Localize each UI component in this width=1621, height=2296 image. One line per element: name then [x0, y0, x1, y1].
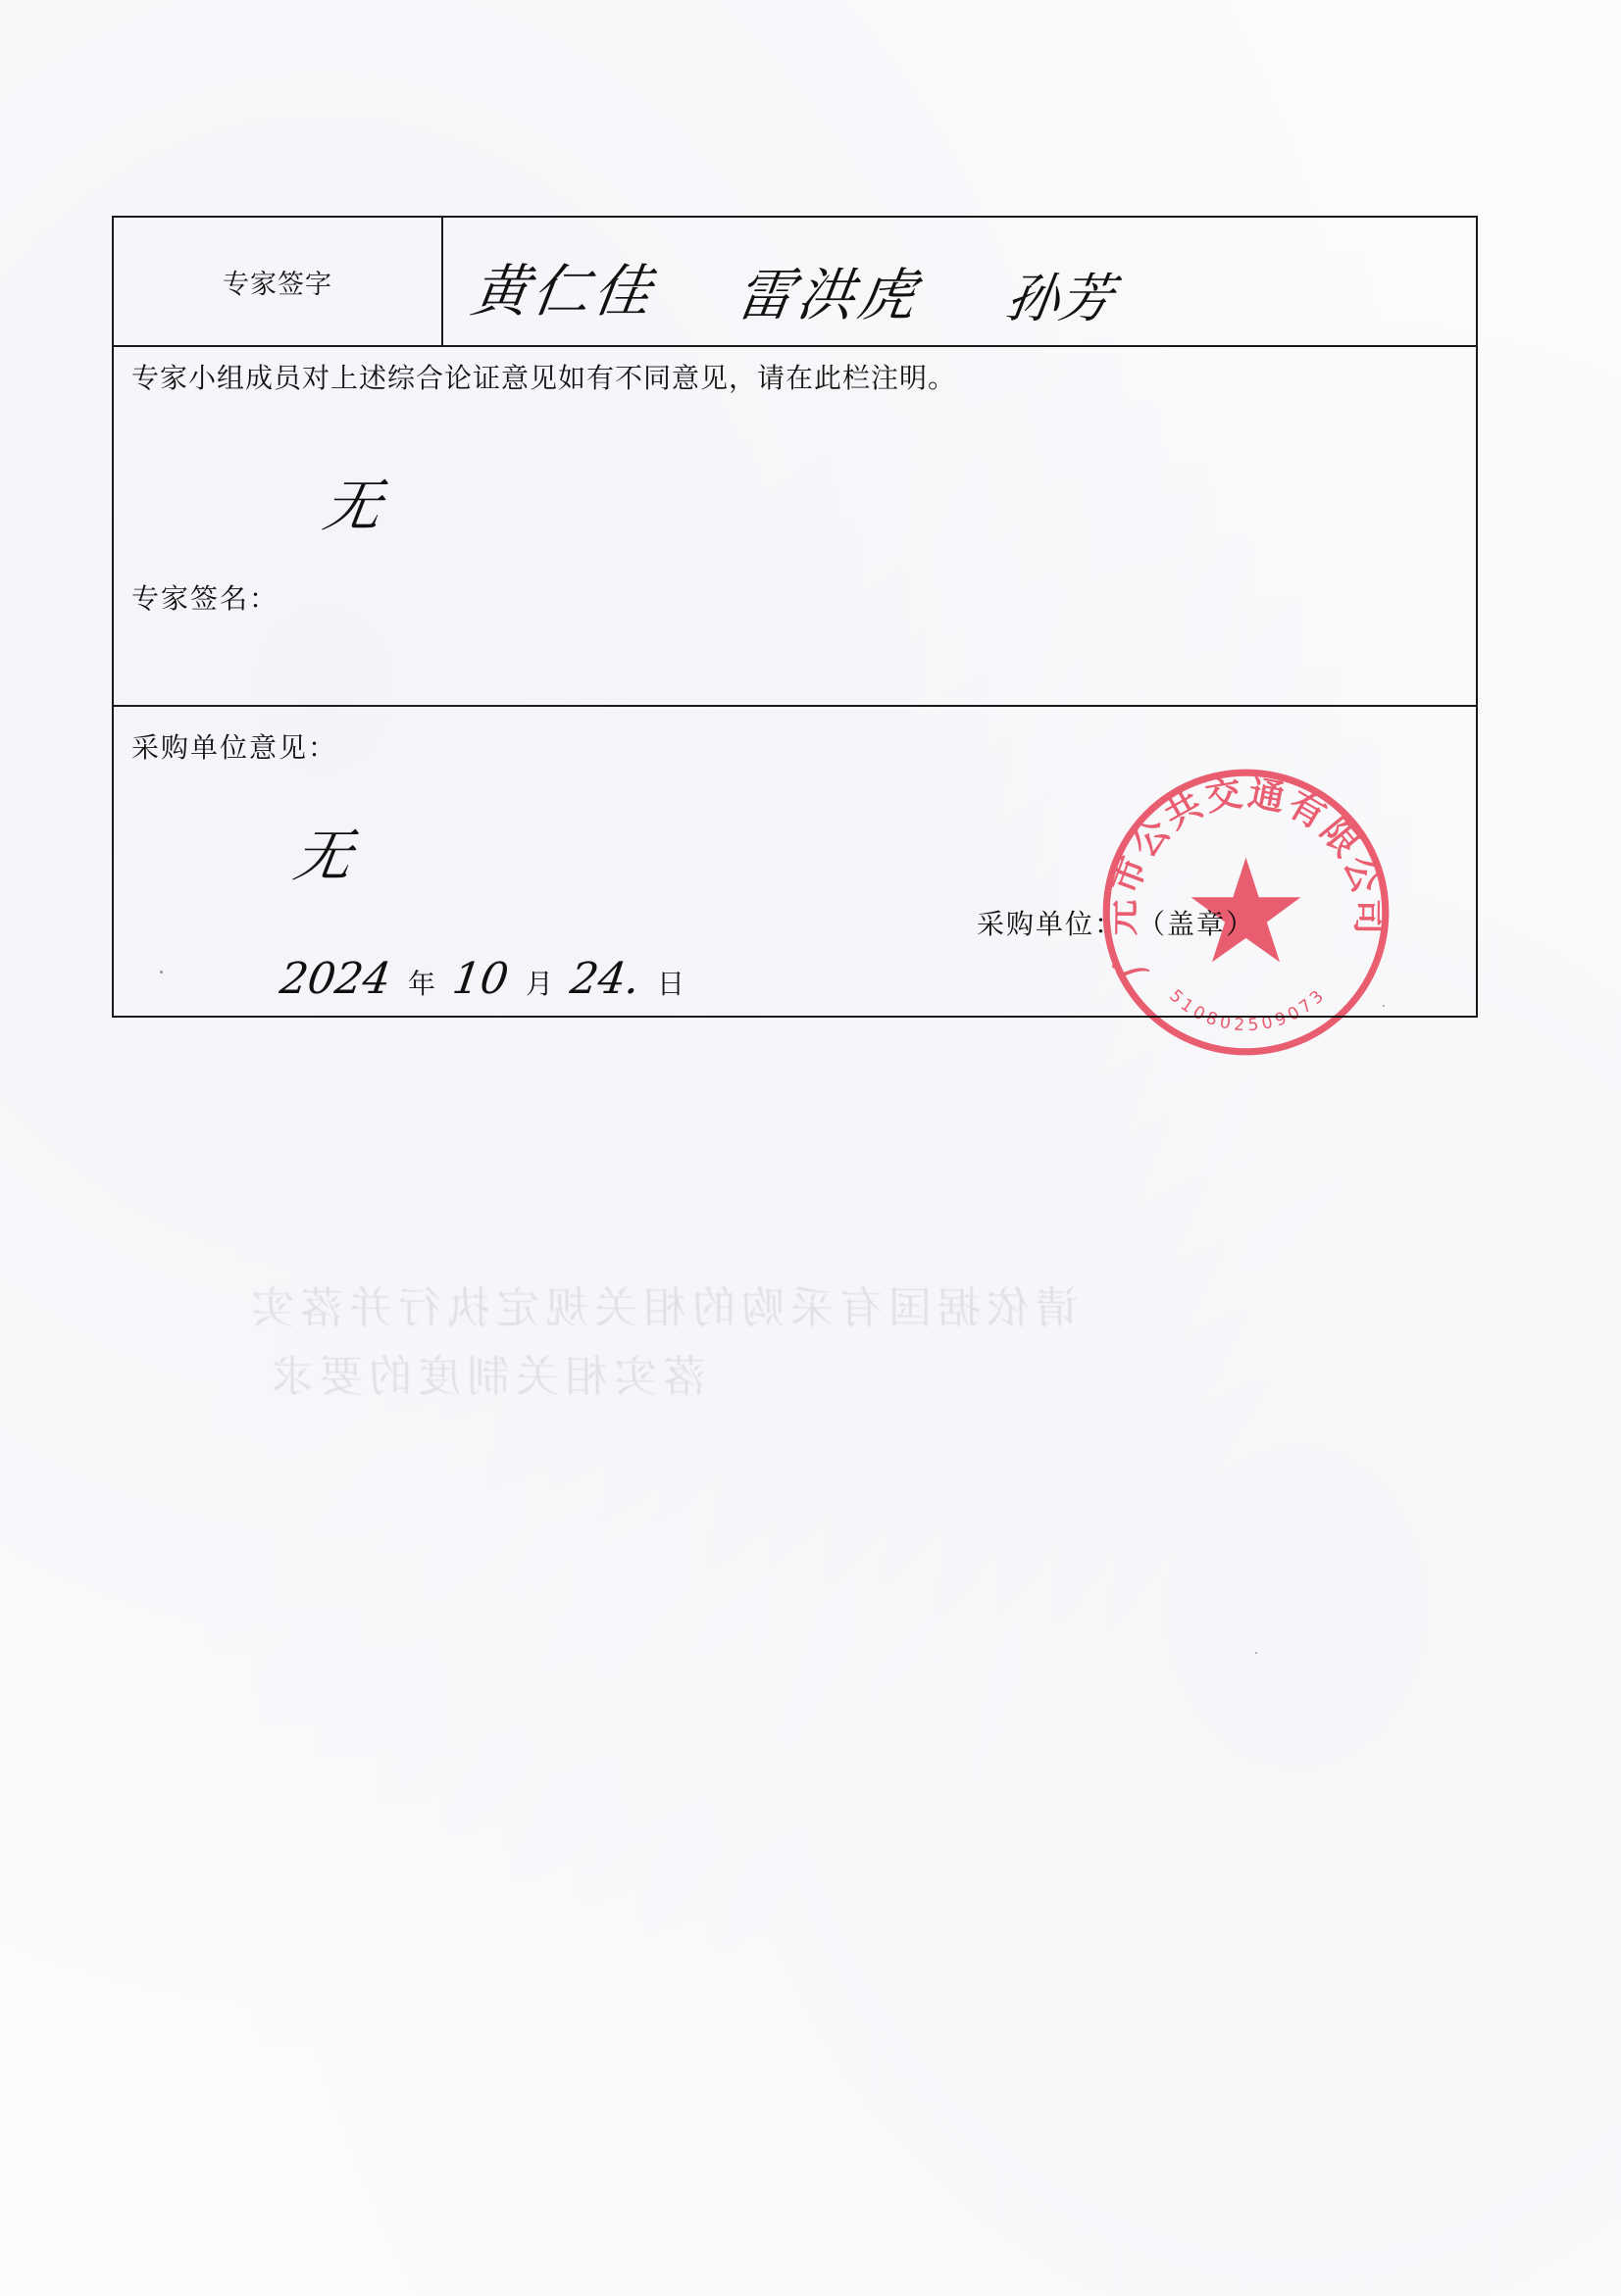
purchaser-opinion-label: 采购单位意见：: [131, 726, 337, 766]
bleed-line: 落实相关制度的要求: [245, 1343, 1079, 1412]
handwritten-signature: 孙芳: [1002, 257, 1119, 332]
scan-speck: [160, 971, 163, 973]
dissent-prompt: 专家小组成员对上述综合论证意见如有不同意见，请在此栏注明。: [131, 357, 956, 396]
handwritten-none-mark: 无: [289, 810, 358, 892]
purchaser-opinion-section: 采购单位意见： 无 采购单位： （盖章） 2024 年 10 月 24. 日: [114, 707, 1476, 1016]
date-line: 2024 年 10 月 24. 日: [280, 954, 684, 1004]
month-unit: 月: [526, 963, 553, 1002]
expert-signature-row: 专家签字 黄仁佳 雷洪虎 孙芳: [114, 218, 1476, 347]
expert-signature-label: 专家签字: [114, 218, 443, 345]
scan-speck: [1383, 1005, 1385, 1007]
purchaser-unit-label: 采购单位：: [977, 903, 1124, 942]
year-unit: 年: [408, 963, 435, 1002]
day-unit: 日: [657, 963, 684, 1002]
bleed-line: 请依据国有采购的相关规定执行并落实: [245, 1274, 1079, 1343]
scan-speck: [1255, 1652, 1257, 1654]
handwritten-signature: 黄仁佳: [467, 245, 661, 327]
expert-signatures-cell: 黄仁佳 雷洪虎 孙芳: [443, 218, 1476, 345]
expert-sign-label: 专家签名：: [131, 577, 279, 617]
review-opinion-form: 专家签字 黄仁佳 雷洪虎 孙芳 专家小组成员对上述综合论证意见如有不同意见，请在…: [112, 216, 1478, 1018]
handwritten-month: 10: [449, 954, 511, 1004]
purchaser-unit-line: 采购单位： （盖章）: [977, 903, 1255, 942]
handwritten-none-mark: 无: [319, 460, 387, 542]
handwritten-day: 24.: [567, 954, 642, 1004]
bleed-through-text: 请依据国有采购的相关规定执行并落实 落实相关制度的要求: [245, 1274, 1079, 1412]
handwritten-year: 2024: [277, 954, 393, 1004]
seal-note: （盖章）: [1138, 903, 1255, 942]
dissent-section: 专家小组成员对上述综合论证意见如有不同意见，请在此栏注明。 无 专家签名：: [114, 347, 1476, 707]
handwritten-signature: 雷洪虎: [732, 249, 926, 331]
